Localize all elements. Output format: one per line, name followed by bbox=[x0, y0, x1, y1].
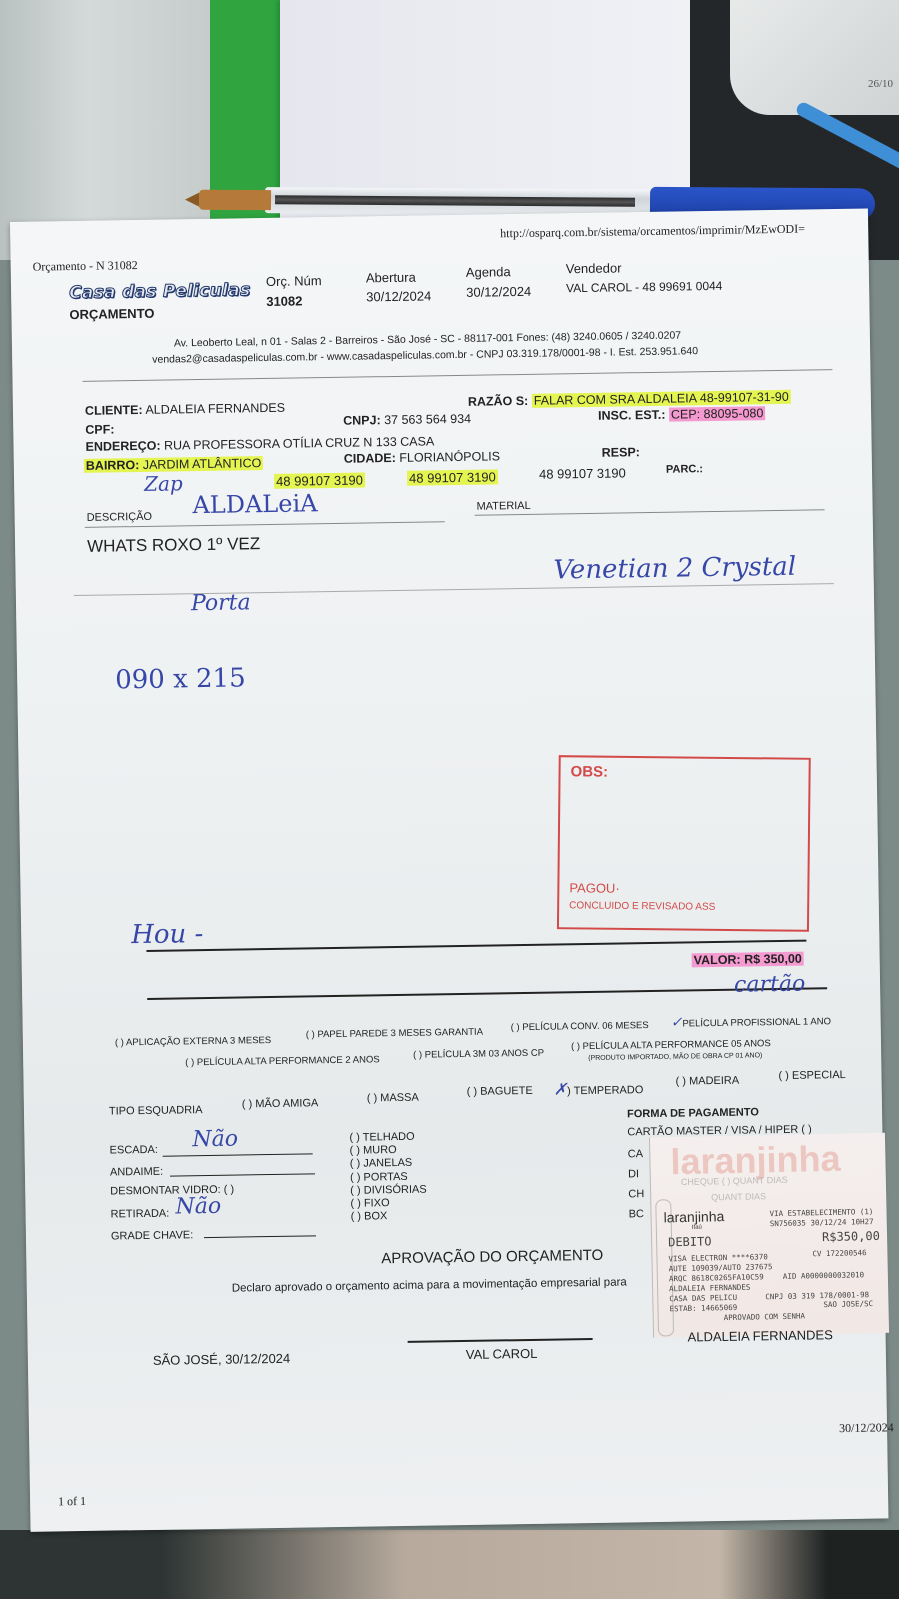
print-url: http://osparq.com.br/sistema/orcamentos/… bbox=[500, 222, 805, 242]
esquadria-baguete[interactable]: ( ) BAGUETE bbox=[467, 1085, 533, 1098]
client-signature: ALDALEIA FERNANDES bbox=[687, 1327, 832, 1344]
cidade-row: CIDADE: FLORIANÓPOLIS bbox=[344, 449, 501, 465]
paid-label: PAGOU· bbox=[569, 880, 619, 896]
esquadria-madeira[interactable]: ( ) MADEIRA bbox=[675, 1075, 739, 1088]
receipt-cv: CV 172200546 bbox=[812, 1248, 866, 1258]
place-date: SÃO JOSÉ, 30/12/2024 bbox=[153, 1351, 291, 1368]
receipt-serial: SN756035 30/12/24 10H27 bbox=[770, 1217, 874, 1228]
handwritten-retirada: Não bbox=[175, 1194, 221, 1220]
location-telhado[interactable]: ( ) TELHADO bbox=[349, 1131, 426, 1145]
option-aplicacao-externa[interactable]: ( ) APLICAÇÃO EXTERNA 3 MESES bbox=[115, 1035, 271, 1048]
phone-1: 48 99107 3190 bbox=[274, 472, 365, 488]
obs-title: OBS: bbox=[571, 763, 609, 780]
bairro-row: BAIRRO: JARDIM ATLÂNTICO bbox=[84, 456, 264, 473]
meta-label-vendedor: Vendedor bbox=[566, 260, 622, 276]
parc-label: PARC.: bbox=[666, 463, 703, 476]
receipt-cheque-line: CHEQUE ( ) QUANT DIAS bbox=[681, 1175, 788, 1187]
meta-label-agenda: Agenda bbox=[466, 264, 511, 280]
cpf-label: CPF: bbox=[85, 422, 114, 436]
doc-type: ORÇAMENTO bbox=[69, 306, 154, 322]
meta-value-num: 31082 bbox=[266, 293, 302, 309]
esquadria-mao-amiga[interactable]: ( ) MÃO AMIGA bbox=[242, 1097, 319, 1110]
plastic-bag: 26/10 bbox=[730, 0, 899, 115]
line bbox=[204, 1235, 316, 1238]
receipt-aid: AID A0000000032010 bbox=[783, 1270, 864, 1281]
receipt-brand: laranjinha bbox=[663, 1208, 724, 1225]
meta-value-vendedor: VAL CAROL - 48 99691 0044 bbox=[566, 279, 723, 295]
meta-label-abertura: Abertura bbox=[366, 270, 416, 286]
receipt-type: DEBITO bbox=[668, 1234, 712, 1249]
option-alta-performance-5[interactable]: ( ) PELÍCULA ALTA PERFORMANCE 05 ANOS bbox=[571, 1038, 771, 1052]
description-text: WHATS ROXO 1º VEZ bbox=[87, 534, 260, 557]
handwritten-payment: cartão bbox=[734, 972, 806, 998]
option-alta-performance-2[interactable]: ( ) PELÍCULA ALTA PERFORMANCE 2 ANOS bbox=[185, 1054, 380, 1068]
option-pelicula-conv[interactable]: ( ) PELÍCULA CONV. 06 MESES bbox=[511, 1020, 649, 1033]
divider bbox=[83, 369, 833, 382]
floor bbox=[0, 1530, 899, 1599]
field-grade-chave[interactable]: GRADE CHAVE: bbox=[111, 1229, 193, 1242]
page-count: 1 of 1 bbox=[58, 1494, 86, 1509]
card-receipt: laranjinha CHEQUE ( ) QUANT DIAS QUANT D… bbox=[649, 1133, 889, 1338]
company-logo: Casa das Peliculas bbox=[69, 280, 251, 303]
handwritten-escada: Não bbox=[192, 1127, 238, 1153]
handwritten-material: Venetian 2 Crystal bbox=[553, 552, 796, 586]
option-papel-parede[interactable]: ( ) PAPEL PAREDE 3 MESES GARANTIA bbox=[306, 1027, 483, 1041]
line bbox=[146, 940, 806, 952]
cnpj-row: CNPJ: 37 563 564 934 bbox=[343, 412, 471, 428]
location-box[interactable]: ( ) BOX bbox=[351, 1210, 428, 1224]
payment-ca: CA bbox=[628, 1148, 643, 1160]
receipt-boleto-line: QUANT DIAS bbox=[711, 1191, 766, 1202]
valor-total: VALOR: R$ 350,00 bbox=[692, 952, 804, 968]
esquadria-temperado[interactable]: ✗) TEMPERADO bbox=[554, 1078, 644, 1098]
line bbox=[163, 1153, 313, 1156]
check-mark-icon: ✗ bbox=[554, 1079, 568, 1098]
insc-row: INSC. EST.: CEP: 88095-080 bbox=[598, 406, 765, 423]
obs-stamp: OBS: PAGOU· CONCLUIDO E REVISADO ASS bbox=[557, 755, 811, 932]
option-3m[interactable]: ( ) PELÍCULA 3M 03 ANOS CP bbox=[413, 1048, 544, 1061]
resp-label: RESP: bbox=[602, 445, 640, 460]
receipt-customer: ALDALEIA FERNANDES bbox=[669, 1283, 750, 1294]
handwritten-zap: Zap bbox=[144, 471, 183, 496]
meta-label-num: Orç. Núm bbox=[266, 273, 322, 289]
receipt-amount: R$350,00 bbox=[822, 1229, 880, 1244]
payment-di: DI bbox=[628, 1168, 639, 1180]
meta-value-abertura: 30/12/2024 bbox=[366, 288, 431, 304]
footer-date: 30/12/2024 bbox=[839, 1420, 894, 1436]
receipt-brand-sub: Itaú bbox=[692, 1225, 702, 1231]
bag-label: 26/10 bbox=[868, 78, 893, 90]
meta-value-agenda: 30/12/2024 bbox=[466, 284, 531, 300]
payment-bc: BC bbox=[629, 1208, 644, 1220]
location-fixo[interactable]: ( ) FIXO bbox=[350, 1197, 427, 1211]
print-title: Orçamento - N 31082 bbox=[33, 258, 138, 275]
location-divisorias[interactable]: ( ) DIVISÓRIAS bbox=[350, 1183, 427, 1197]
checked-label: CONCLUIDO E REVISADO ASS bbox=[569, 900, 715, 913]
payment-title: FORMA DE PAGAMENTO bbox=[627, 1106, 759, 1120]
location-muro[interactable]: ( ) MURO bbox=[350, 1144, 427, 1158]
receipt-city: SAO JOSE/SC bbox=[823, 1299, 873, 1309]
line bbox=[170, 1173, 315, 1176]
signature-line bbox=[408, 1338, 593, 1343]
receipt-estab: ESTAB: 14665069 bbox=[669, 1303, 737, 1313]
field-escada[interactable]: ESCADA: bbox=[110, 1144, 158, 1157]
esquadria-especial[interactable]: ( ) ESPECIAL bbox=[778, 1069, 845, 1082]
esquadria-massa[interactable]: ( ) MASSA bbox=[367, 1092, 419, 1105]
option-pelicula-profissional[interactable]: ✓PELÍCULA PROFISSIONAL 1 ANO bbox=[671, 1012, 832, 1031]
payment-ch: CH bbox=[628, 1188, 644, 1200]
phone-3: 48 99107 3190 bbox=[539, 465, 626, 481]
location-janelas[interactable]: ( ) JANELAS bbox=[350, 1157, 427, 1171]
handwritten-item: Porta bbox=[191, 590, 251, 616]
line bbox=[74, 583, 834, 596]
field-andaime[interactable]: ANDAIME: bbox=[110, 1166, 163, 1179]
handwritten-note: Hou - bbox=[131, 919, 204, 950]
approval-title: APROVAÇÃO DO ORÇAMENTO bbox=[381, 1247, 603, 1267]
location-list: ( ) TELHADO ( ) MURO ( ) JANELAS ( ) POR… bbox=[349, 1131, 427, 1225]
quote-document: Orçamento - N 31082 http://osparq.com.br… bbox=[10, 209, 888, 1532]
descricao-label: DESCRIÇÃO bbox=[87, 511, 153, 524]
phone-2: 48 99107 3190 bbox=[407, 469, 498, 485]
check-mark-icon: ✓ bbox=[671, 1015, 683, 1031]
handwritten-name: ALDALeiA bbox=[192, 489, 317, 519]
esquadria-label: TIPO ESQUADRIA bbox=[109, 1104, 203, 1117]
line bbox=[147, 987, 827, 1000]
receipt-status: APROVADO COM SENHA bbox=[724, 1311, 805, 1322]
receipt-merchant: CASA DAS PELICU bbox=[669, 1293, 737, 1303]
option-note: (PRODUTO IMPORTADO, MÃO DE OBRA CP 01 AN… bbox=[588, 1052, 762, 1062]
location-portas[interactable]: ( ) PORTAS bbox=[350, 1170, 427, 1184]
handwritten-dimensions: 090 x 215 bbox=[115, 663, 246, 695]
seller-signature: VAL CAROL bbox=[466, 1346, 538, 1362]
approval-statement: Declaro aprovado o orçamento acima para … bbox=[232, 1276, 627, 1294]
client-name-row: CLIENTE: ALDALEIA FERNANDES bbox=[85, 401, 285, 418]
material-label: MATERIAL bbox=[476, 500, 530, 513]
field-retirada[interactable]: RETIRADA: bbox=[111, 1208, 170, 1221]
